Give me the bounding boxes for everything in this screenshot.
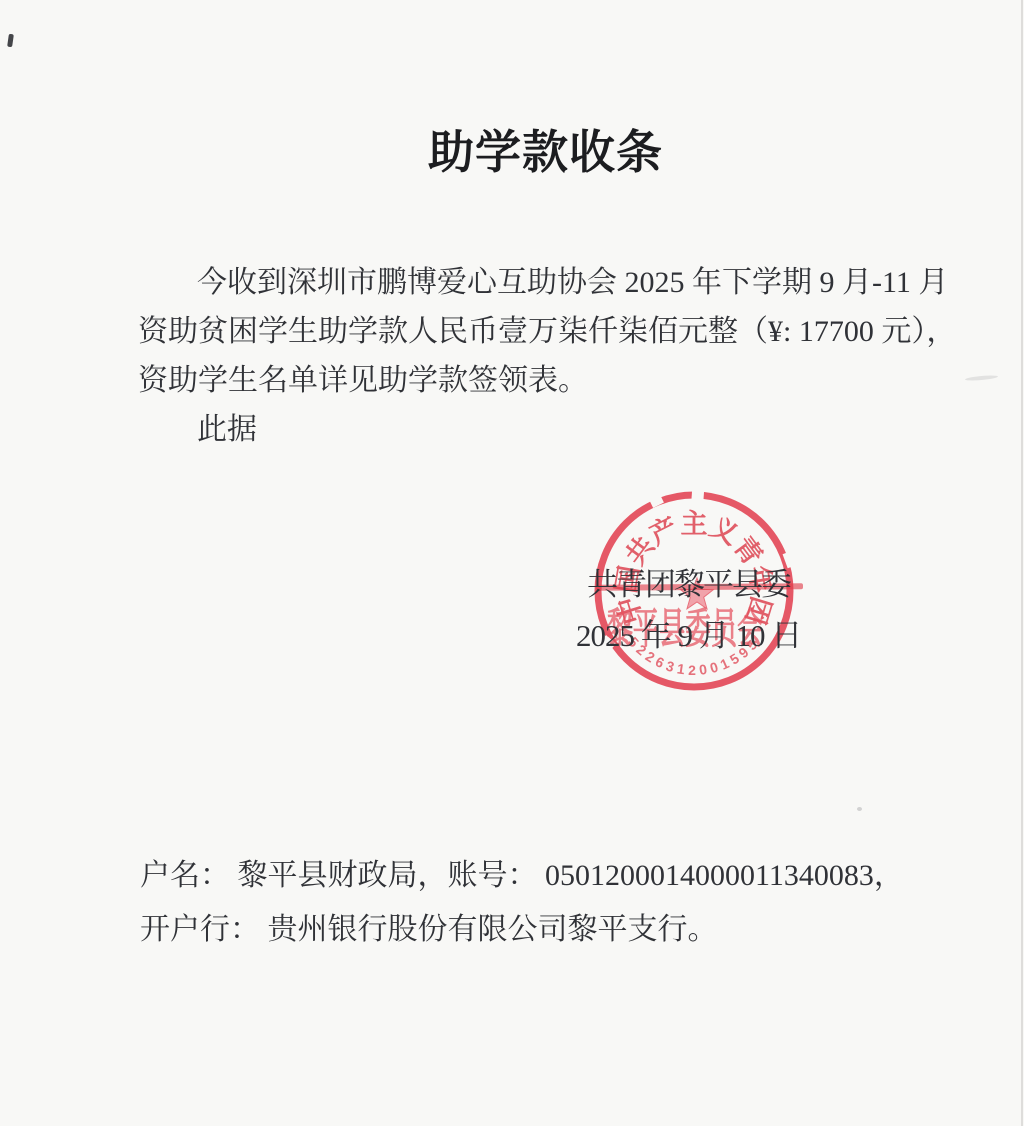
signature-organization: 共青团黎平县委 <box>587 559 790 604</box>
body-line-2: 资助贫困学生助学款人民币壹万柒仟柒佰元整（¥: 17700 元）， <box>138 307 938 356</box>
bank-account-line: 户名： 黎平县财政局，账号： 0501200014000011340083， <box>140 849 904 903</box>
scan-smudge <box>857 807 862 811</box>
body-line-3: 资助学生名单详见助学款签领表。 <box>138 356 938 405</box>
scan-smudge <box>965 375 998 382</box>
signature-date: 2025 年 9 月 10 日 <box>576 610 801 655</box>
receipt-document: 助学款收条 今收到深圳市鹏博爱心互助协会 2025 年下学期 9 月-11 月 … <box>0 0 1024 1126</box>
document-title: 助学款收条 <box>428 116 663 182</box>
scan-edge-line <box>1021 0 1023 1126</box>
scan-artifact-mark <box>7 34 14 48</box>
seal-ring-gap <box>691 484 704 502</box>
bank-branch-line: 开户行： 贵州银行股份有限公司黎平支行。 <box>140 903 904 957</box>
bank-info: 户名： 黎平县财政局，账号： 0501200014000011340083， 开… <box>140 849 904 957</box>
body-paragraph: 今收到深圳市鹏博爱心互助协会 2025 年下学期 9 月-11 月 资助贫困学生… <box>138 258 938 454</box>
closing-phrase: 此据 <box>138 405 938 454</box>
body-line-1: 今收到深圳市鹏博爱心互助协会 2025 年下学期 9 月-11 月 <box>138 258 938 307</box>
